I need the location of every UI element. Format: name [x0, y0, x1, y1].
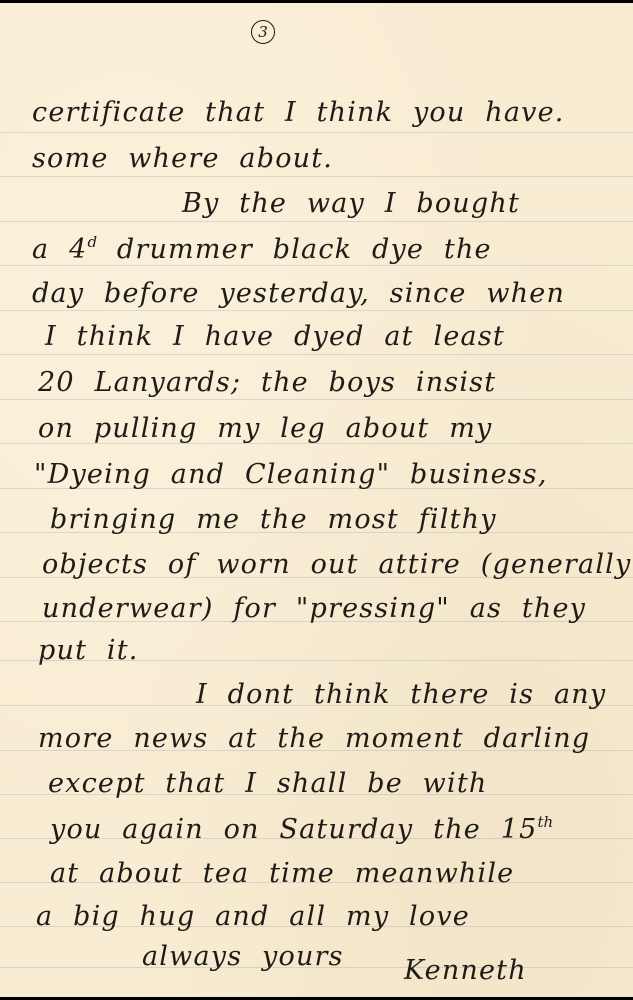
page-number: 3: [251, 20, 275, 44]
ruled-line: [0, 132, 633, 133]
signature: Kenneth: [404, 955, 527, 986]
ruled-line: [0, 310, 633, 311]
letter-line: a 4d drummer black dye the: [32, 233, 492, 265]
letter-line: more news at the moment darling: [38, 723, 590, 754]
letter-line: "Dyeing and Cleaning" business,: [34, 459, 548, 490]
letter-line: except that I shall be with: [48, 768, 487, 799]
closing-line: always yours: [142, 941, 344, 972]
letter-line: I dont think there is any: [196, 679, 606, 710]
letter-line: a big hug and all my love: [36, 901, 470, 932]
letter-line: you again on Saturday the 15th: [50, 813, 553, 845]
ruled-line: [0, 265, 633, 266]
line-text: a 4: [32, 234, 87, 265]
letter-line: day before yesterday, since when: [32, 278, 565, 309]
letter-line: put it.: [38, 635, 139, 666]
letter-line: some where about.: [32, 143, 333, 174]
line-text: you again on Saturday the 15: [50, 814, 538, 845]
letter-line: underwear) for "pressing" as they: [42, 593, 586, 624]
letter-line: at about tea time meanwhile: [50, 858, 514, 889]
letter-line: certificate that I think you have.: [32, 97, 565, 128]
letter-line: By the way I bought: [182, 188, 520, 219]
ruled-line: [0, 354, 633, 355]
line-superscript: th: [538, 813, 554, 831]
letter-page: 3 certificate that I think you have. som…: [0, 3, 633, 997]
letter-line: bringing me the most filthy: [50, 504, 497, 535]
ruled-line: [0, 221, 633, 222]
letter-line: on pulling my leg about my: [38, 413, 493, 444]
ruled-line: [0, 176, 633, 177]
letter-line: 20 Lanyards; the boys insist: [38, 367, 496, 398]
line-superscript: d: [87, 233, 97, 251]
letter-line: objects of worn out attire (generally: [42, 549, 631, 580]
letter-line: I think I have dyed at least: [45, 321, 505, 352]
line-text: drummer black dye the: [97, 234, 492, 265]
ruled-line: [0, 399, 633, 400]
